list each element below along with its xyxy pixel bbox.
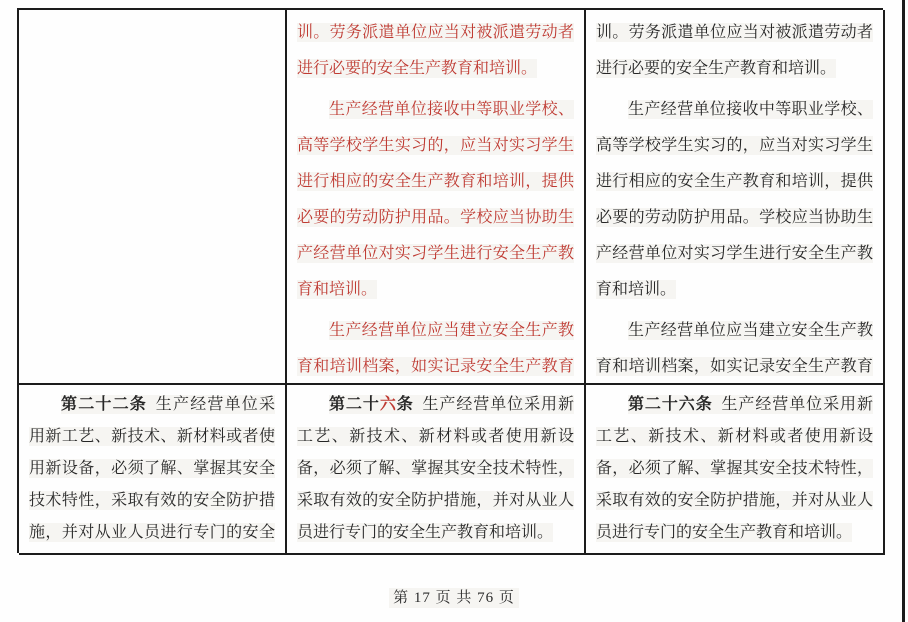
article-number-prefix: 第二十	[329, 396, 380, 413]
article-paragraph: 第二十六条生产经营单位采用新工艺、新技术、新材料或者使用新设备，必须了解、掌握其…	[596, 389, 873, 549]
article-body: 生产经营单位采用新工艺、新技术、新材料或者使用新设备，必须了解、掌握其安全技术特…	[297, 396, 574, 541]
paragraph-text: 训。劳务派遣单位应当对被派遣劳动者进行必要的安全生产教育和培训。	[297, 23, 574, 78]
article-number-suffix: 条	[397, 396, 414, 413]
cell-old-law-article-22: 第二十二条生产经营单位采用新工艺、新技术、新材料或者使用新设备，必须了解、掌握其…	[19, 385, 287, 555]
paragraph-internship: 生产经营单位接收中等职业学校、高等学校学生实习的，应当对实习学生进行相应的安全生…	[596, 92, 873, 308]
article-paragraph: 第二十二条生产经营单位采用新工艺、新技术、新材料或者使用新设备，必须了解、掌握其…	[29, 389, 275, 555]
article-body: 生产经营单位采用新工艺、新技术、新材料或者使用新设备，必须了解、掌握其安全技术特…	[29, 396, 275, 555]
paragraph-text: 生产经营单位接收中等职业学校、高等学校学生实习的，应当对实习学生进行相应的安全生…	[596, 100, 873, 299]
paragraph-text: 训。劳务派遣单位应当对被派遣劳动者进行必要的安全生产教育和培训。	[596, 23, 873, 78]
page-number-text: 第 17 页 共 76 页	[389, 588, 519, 608]
article-body: 生产经营单位采用新工艺、新技术、新材料或者使用新设备，必须了解、掌握其安全技术特…	[596, 396, 873, 541]
paragraph-training-records: 生产经营单位应当建立安全生产教育和培训档案，如实记录安全生产教育和培训的时间、内…	[596, 313, 873, 385]
article-number: 第二十二条	[61, 396, 147, 413]
cell-new-law-education: 训。劳务派遣单位应当对被派遣劳动者进行必要的安全生产教育和培训。 生产经营单位接…	[586, 10, 885, 385]
article-paragraph: 第二十六条生产经营单位采用新工艺、新技术、新材料或者使用新设备，必须了解、掌握其…	[297, 389, 574, 549]
page-edge-line	[902, 0, 905, 622]
cell-new-law-article-26: 第二十六条生产经营单位采用新工艺、新技术、新材料或者使用新设备，必须了解、掌握其…	[586, 385, 885, 555]
paragraph-internship: 生产经营单位接收中等职业学校、高等学校学生实习的，应当对实习学生进行相应的安全生…	[297, 92, 574, 308]
paragraph-continuation: 训。劳务派遣单位应当对被派遣劳动者进行必要的安全生产教育和培训。	[596, 15, 873, 87]
cell-amended-draft-education: 训。劳务派遣单位应当对被派遣劳动者进行必要的安全生产教育和培训。 生产经营单位接…	[287, 10, 586, 385]
page-number-footer: 第 17 页 共 76 页	[0, 586, 908, 607]
paragraph-text: 生产经营单位应当建立安全生产教育和培训档案，如实记录安全生产教育和培训的时间、内…	[596, 321, 873, 385]
paragraph-text: 生产经营单位接收中等职业学校、高等学校学生实习的，应当对实习学生进行相应的安全生…	[297, 100, 574, 299]
paragraph-text: 生产经营单位应当建立安全生产教育和培训档案，如实记录安全生产教育和培训的时间、内…	[297, 321, 574, 385]
cell-old-law-empty	[19, 10, 287, 385]
article-number: 第二十六条	[628, 396, 713, 413]
cell-amended-draft-article-26: 第二十六条生产经营单位采用新工艺、新技术、新材料或者使用新设备，必须了解、掌握其…	[287, 385, 586, 555]
paragraph-continuation: 训。劳务派遣单位应当对被派遣劳动者进行必要的安全生产教育和培训。	[297, 15, 574, 87]
law-comparison-table: 训。劳务派遣单位应当对被派遣劳动者进行必要的安全生产教育和培训。 生产经营单位接…	[17, 8, 883, 553]
paragraph-training-records: 生产经营单位应当建立安全生产教育和培训档案，如实记录安全生产教育和培训的时间、内…	[297, 313, 574, 385]
article-number-changed: 六	[380, 396, 397, 413]
document-page: 训。劳务派遣单位应当对被派遣劳动者进行必要的安全生产教育和培训。 生产经营单位接…	[0, 0, 908, 622]
